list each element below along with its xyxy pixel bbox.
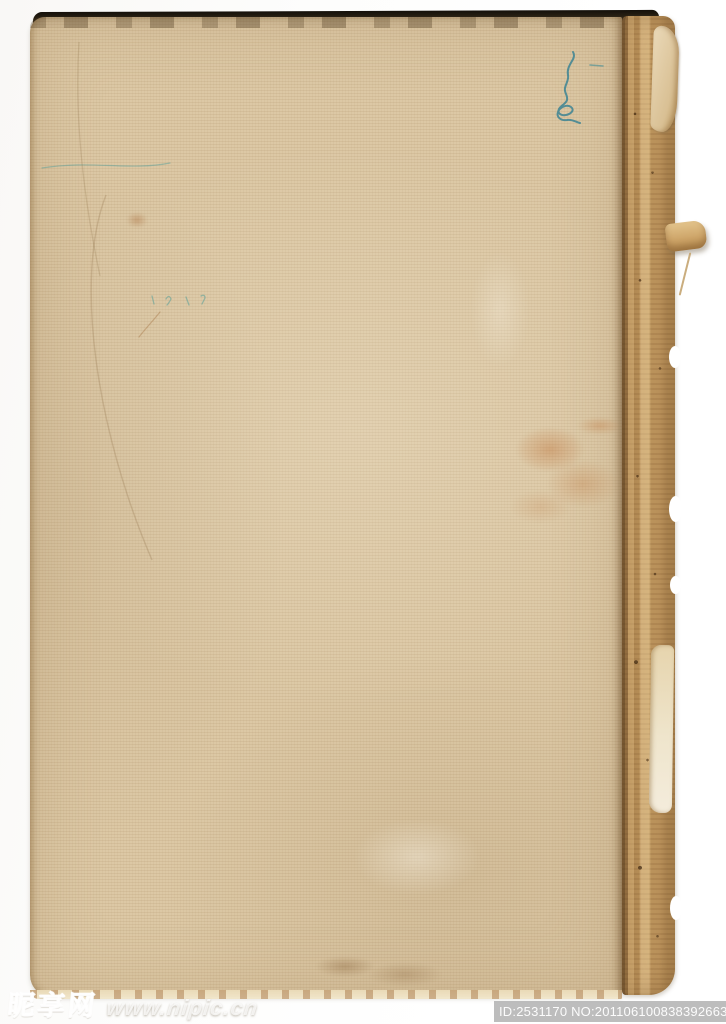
site-watermark-url: www.nipic.cn <box>105 995 259 1021</box>
image-id-watermark-bar: ID:2531170 NO:20110610083839266392 <box>494 1001 726 1022</box>
pale-smudge <box>352 818 482 896</box>
spine-tear-notch <box>669 346 681 368</box>
small-brown-spot <box>126 212 148 228</box>
site-watermark-logo: 昵享网 <box>6 984 100 1023</box>
scan-background: 昵享网 www.nipic.cn ID:2531170 NO:201106100… <box>0 0 726 1024</box>
spine-tear-notch <box>669 496 682 522</box>
book-spine <box>622 16 675 995</box>
bottom-grime-stain <box>300 938 450 990</box>
spine-frayed-fragment <box>664 220 707 253</box>
spine-torn-layer-top <box>650 26 680 133</box>
rust-stain <box>505 415 623 523</box>
pale-smudge <box>470 250 530 370</box>
site-watermark: 昵享网 www.nipic.cn <box>6 984 261 1023</box>
spine-exposed-inner-layer <box>649 645 674 813</box>
spine-tear-notch <box>670 896 682 920</box>
spine-loose-fiber <box>679 252 692 295</box>
spine-tear-notch <box>670 576 681 594</box>
